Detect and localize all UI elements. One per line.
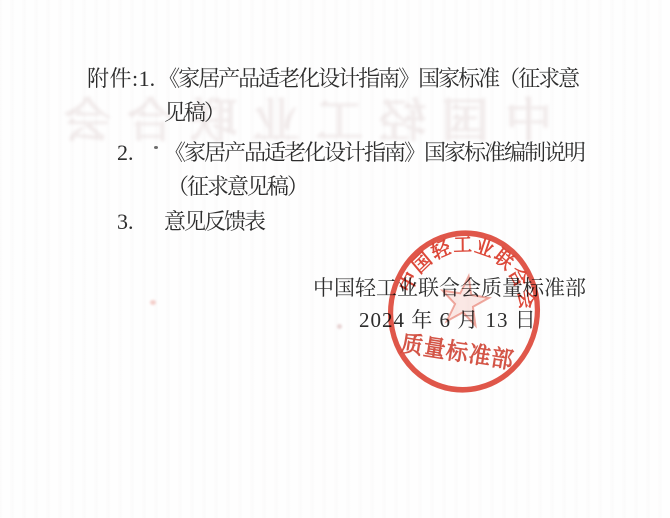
ink-smudge: [150, 300, 156, 305]
ink-smudge: [337, 324, 342, 329]
item-2-number: 2.: [117, 140, 164, 165]
attachments-label: 附件:: [87, 66, 139, 91]
seal-bottom-text: 质量标准部: [399, 329, 516, 373]
item-3-text: 意见反馈表: [164, 209, 264, 234]
attachment-item-2-line-2: （征求意见稿）: [167, 174, 307, 199]
document-page: 中国轻工业联合会 附件:1.《家居产品适老化设计指南》国家标准（征求意 见稿） …: [0, 0, 670, 518]
item-1-text: 《家居产品适老化设计指南》国家标准（征求意: [158, 66, 578, 91]
attachment-item-1-line-2: 见稿）: [164, 100, 224, 125]
item-2-text: 《家居产品适老化设计指南》国家标准编制说明: [164, 140, 584, 165]
item-1-number: 1.: [139, 66, 156, 91]
star-icon: [438, 272, 492, 327]
attachment-item-3-line: 3.意见反馈表: [117, 209, 264, 234]
attachment-item-1-line-1: 附件:1.《家居产品适老化设计指南》国家标准（征求意: [87, 66, 578, 91]
official-seal-stamp: 中国轻工业联合会 质量标准部: [373, 216, 555, 408]
scan-speck: [154, 146, 158, 149]
attachment-item-2-line-1: 2.《家居产品适老化设计指南》国家标准编制说明: [117, 140, 584, 165]
item-3-number: 3.: [117, 209, 164, 234]
